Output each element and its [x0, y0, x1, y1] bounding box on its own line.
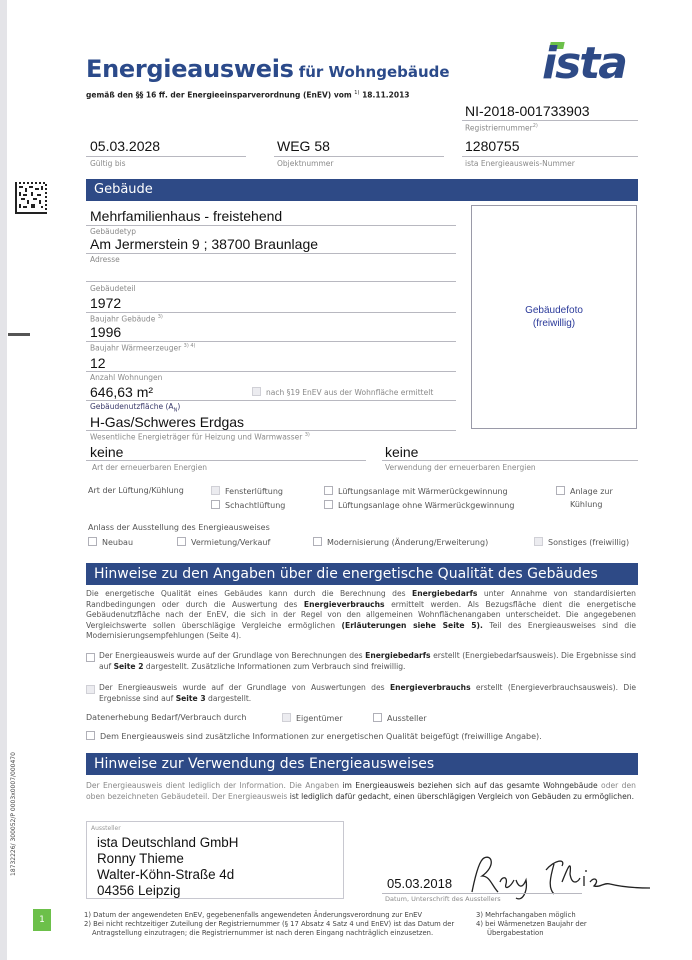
adresse-label: Adresse: [90, 255, 120, 264]
page-number-badge: 1: [33, 909, 51, 931]
bedarf-checkbox[interactable]: [86, 653, 95, 662]
objektnummer-label: Objektnummer: [277, 159, 333, 168]
option-aussteller[interactable]: Aussteller: [373, 713, 427, 723]
aussteller-company: ista Deutschland GmbH: [97, 835, 238, 851]
aussteller-street: Walter-Köhn-Straße 4d: [97, 867, 238, 883]
section-hinweise-verwendung: Hinweise zur Verwendung des Energieauswe…: [86, 753, 638, 775]
nutzflaeche-checkbox[interactable]: [252, 387, 261, 396]
baujahr-waermeerzeuger-label: Baujahr Wärmeerzeuger 3) 4): [90, 343, 196, 353]
verwendung-text: Der Energieausweis dient lediglich der I…: [86, 781, 636, 802]
erneuerbare-art-label: Art der erneuerbaren Energien: [92, 463, 207, 472]
energietraeger-label: Wesentliche Energieträger für Heizung un…: [90, 432, 310, 442]
option-zusatzinfo[interactable]: Dem Energieausweis sind zusätzliche Info…: [86, 731, 542, 741]
gueltig-bis-value: 05.03.2028: [90, 138, 160, 154]
nutzflaeche-option[interactable]: nach §19 EnEV aus der Wohnfläche ermitte…: [252, 387, 433, 397]
footnote-3: 3) Mehrfachangaben möglich: [476, 911, 576, 920]
qualitaet-text: Die energetische Qualität eines Gebäudes…: [86, 589, 636, 642]
scan-edge: [0, 0, 7, 960]
footnote-2b: Antragstellung einzutragen; die Registri…: [92, 929, 433, 938]
footnote-2a: 2) Bei nicht rechtzeitiger Zuteilung der…: [84, 920, 454, 929]
gebaeudefoto-placeholder: Gebäudefoto (freiwillig): [471, 205, 637, 429]
nutzflaeche-value: 646,63 m²: [90, 384, 153, 400]
option-sonstiges[interactable]: Sonstiges (freiwillig): [534, 537, 629, 547]
aussteller-box: Aussteller ista Deutschland GmbH Ronny T…: [86, 821, 344, 899]
gebaeudetyp-label: Gebäudetyp: [90, 227, 136, 236]
erneuerbare-verwendung-label: Verwendung der erneuerbaren Energien: [385, 463, 536, 472]
verbrauch-checkbox[interactable]: [86, 685, 95, 694]
option-modernisierung[interactable]: Modernisierung (Änderung/Erweiterung): [313, 537, 488, 547]
aussteller-city: 04356 Leipzig: [97, 883, 238, 899]
datamatrix-code-icon: [15, 182, 47, 214]
registriernummer-value: NI-2018-001733903: [465, 103, 590, 119]
ista-nummer-label: ista Energieausweis-Nummer: [465, 159, 575, 168]
nutzflaeche-label: Gebäudenutzfläche (AN): [90, 402, 180, 414]
option-bedarfsausweis[interactable]: Der Energieausweis wurde auf der Grundla…: [86, 651, 636, 672]
ista-logo-icon: ista: [540, 36, 640, 82]
option-vermietung-verkauf[interactable]: Vermietung/Verkauf: [177, 537, 270, 547]
option-verbrauchsausweis[interactable]: Der Energieausweis wurde auf der Grundla…: [86, 683, 636, 704]
side-code: 18732226/ 300052/P 0003x0007/000470: [10, 752, 17, 876]
title-rest: für Wohngebäude: [299, 63, 450, 81]
footnote-4b: Übergabestation: [487, 929, 544, 938]
anlass-label: Anlass der Ausstellung des Energieauswei…: [88, 523, 270, 532]
section-gebaeude: Gebäude: [86, 179, 638, 201]
erneuerbare-art-value: keine: [90, 444, 123, 460]
option-anlage-kuehlung-line2: Kühlung: [570, 500, 602, 509]
option-fensterlueftung[interactable]: Fensterlüftung: [211, 486, 283, 496]
gebaeudeteil-label: Gebäudeteil: [90, 284, 136, 293]
ista-nummer-value: 1280755: [465, 138, 520, 154]
baujahr-gebaeude-value: 1972: [90, 295, 121, 311]
title-main: Energieausweis: [86, 55, 294, 83]
aussteller-person: Ronny Thieme: [97, 851, 238, 867]
option-anlage-kuehlung[interactable]: Anlage zur: [556, 486, 613, 496]
energietraeger-value: H-Gas/Schweres Erdgas: [90, 414, 244, 430]
section-hinweise-qualitaet: Hinweise zu den Angaben über die energet…: [86, 563, 638, 585]
gebaeudetyp-value: Mehrfamilienhaus - freistehend: [90, 208, 282, 224]
objektnummer-value: WEG 58: [277, 138, 330, 154]
footnote-1: 1) Datum der angewendeten EnEV, gegebene…: [84, 911, 422, 920]
datenerhebung-label: Datenerhebung Bedarf/Verbrauch durch: [86, 713, 246, 722]
option-lueftung-mit-wrg[interactable]: Lüftungsanlage mit Wärmerückgewinnung: [324, 486, 508, 496]
anzahl-wohnungen-value: 12: [90, 355, 106, 371]
registriernummer-label: Registriernummer2): [465, 123, 538, 133]
lueftung-label: Art der Lüftung/Kühlung: [88, 486, 184, 495]
signature-label: Datum, Unterschrift des Ausstellers: [385, 895, 501, 903]
adresse-value: Am Jermerstein 9 ; 38700 Braunlage: [90, 236, 318, 252]
option-eigentuemer[interactable]: Eigentümer: [282, 713, 343, 723]
gueltig-bis-label: Gültig bis: [90, 159, 126, 168]
option-schachtlueftung[interactable]: Schachtlüftung: [211, 500, 285, 510]
svg-text:ista: ista: [542, 38, 626, 82]
footnote-4a: 4) bei Wärmenetzen Baujahr der: [476, 920, 587, 929]
fold-mark: [8, 333, 30, 336]
page-subtitle: gemäß den §§ 16 ff. der Energieeinsparve…: [86, 90, 410, 100]
page-title: Energieausweis für Wohngebäude: [86, 55, 450, 83]
erneuerbare-verwendung-value: keine: [385, 444, 418, 460]
signature-date: 05.03.2018: [387, 876, 452, 891]
option-lueftung-ohne-wrg[interactable]: Lüftungsanlage ohne Wärmerückgewinnung: [324, 500, 514, 510]
baujahr-gebaeude-label: Baujahr Gebäude 3): [90, 314, 163, 324]
baujahr-waermeerzeuger-value: 1996: [90, 324, 121, 340]
anzahl-wohnungen-label: Anzahl Wohnungen: [90, 373, 162, 382]
option-neubau[interactable]: Neubau: [88, 537, 133, 547]
